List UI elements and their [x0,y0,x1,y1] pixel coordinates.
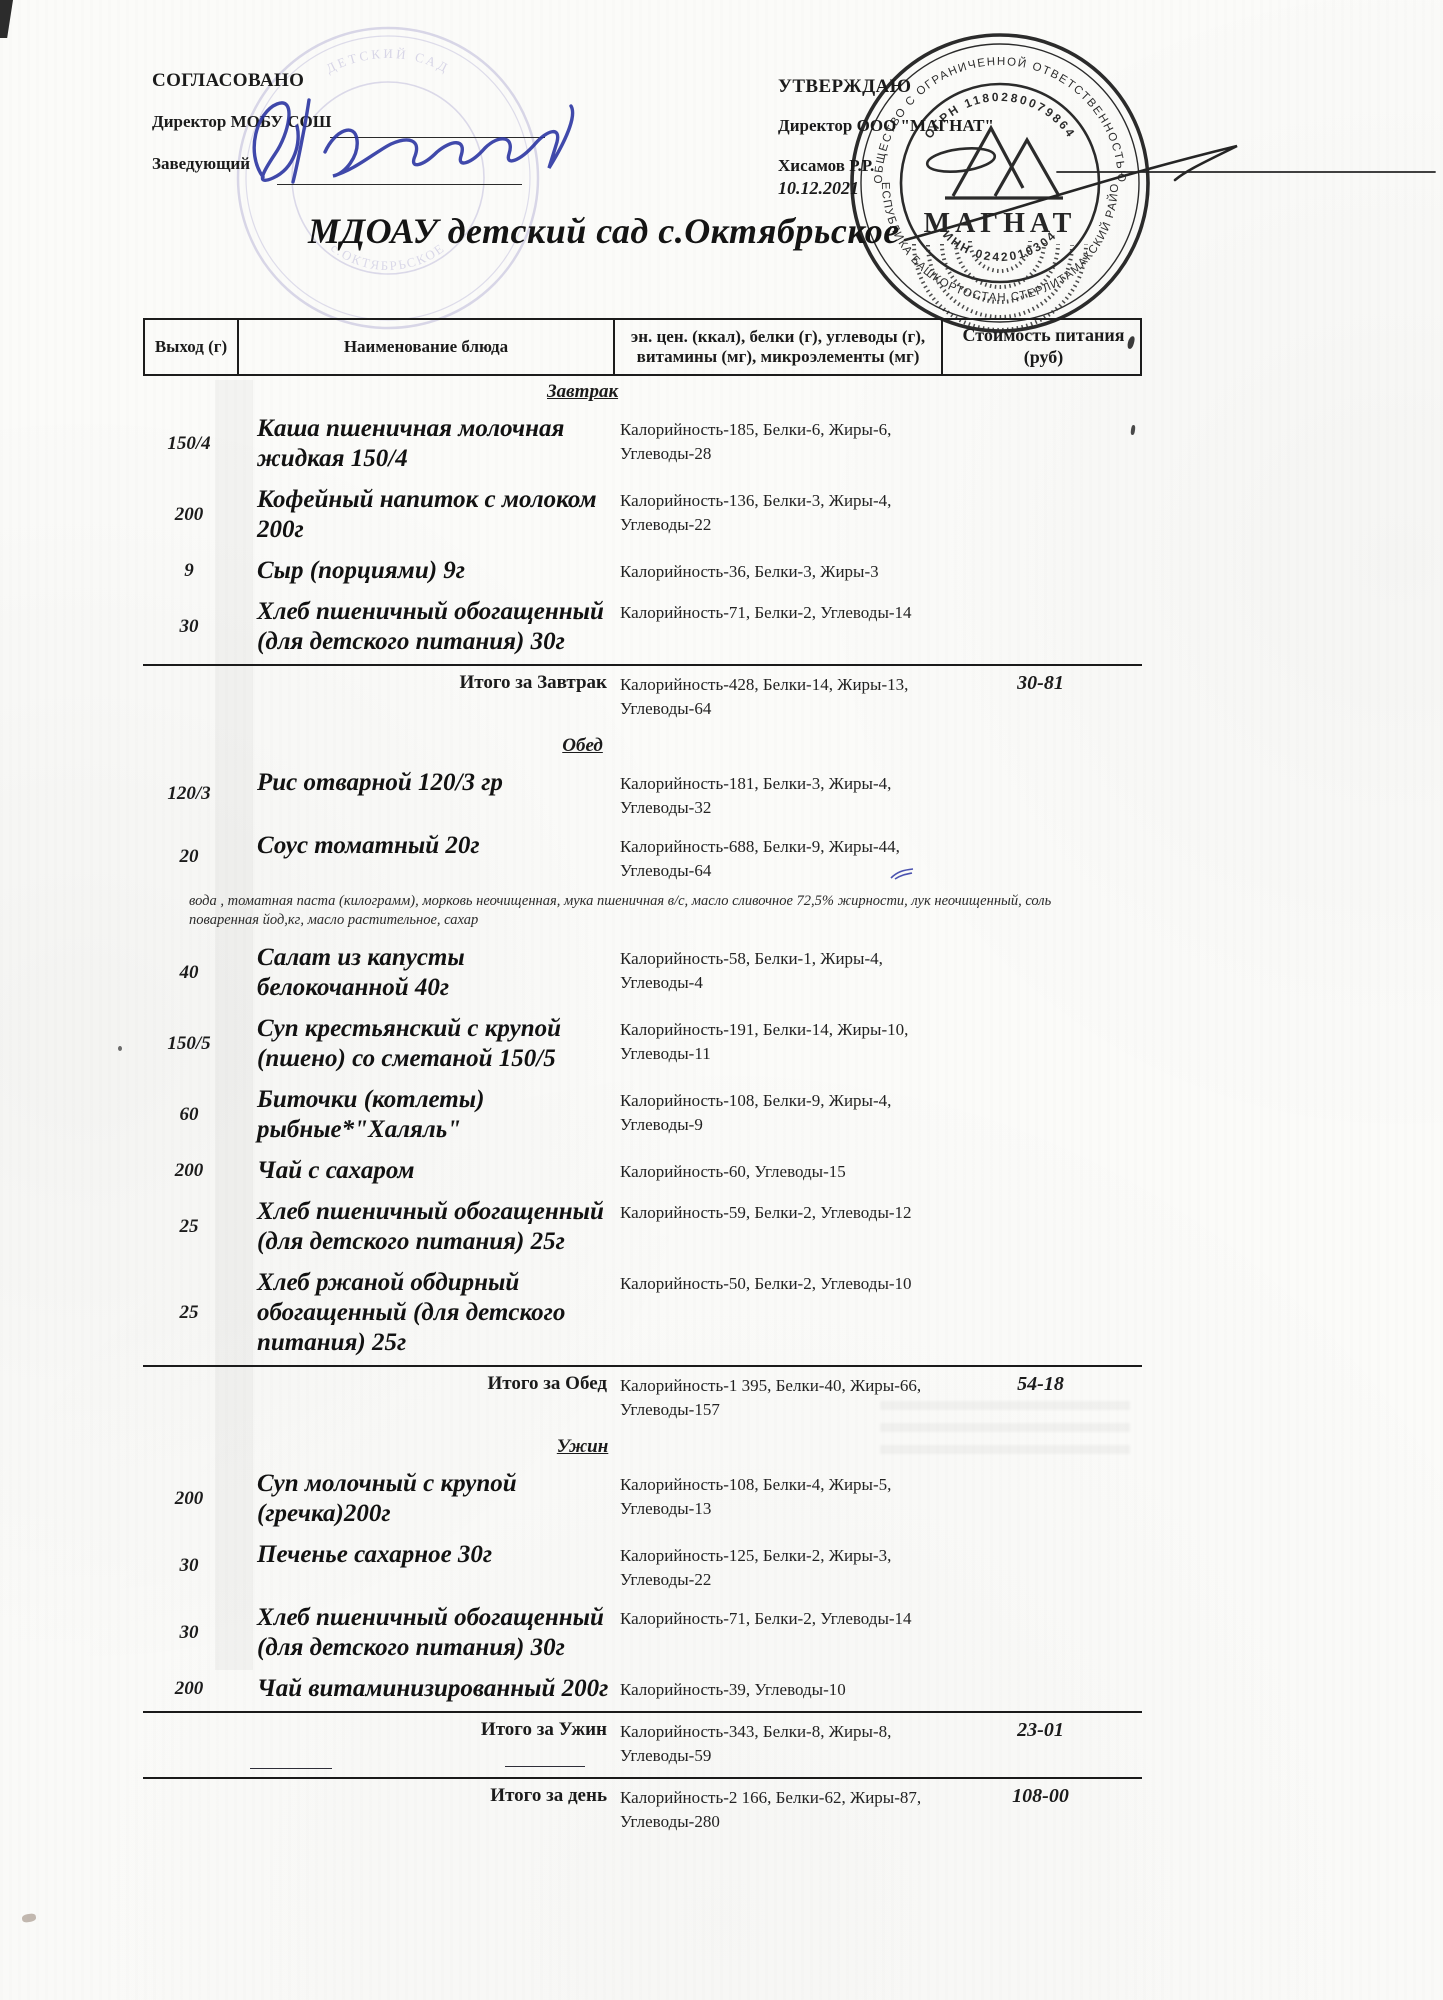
dish-row: 30 Хлеб пшеничный обогащенный (для детск… [143,1599,1142,1670]
dish-name: Хлеб пшеничный обогащенный (для детского… [235,597,611,657]
table-body: Завтрак 150/4 Каша пшеничная молочная жи… [143,376,1142,1843]
dish-output: 120/3 [143,768,235,820]
menu-section: Ужин 200 Суп молочный с крупой (гречка)2… [143,1431,1142,1777]
total-nutrition: Калорийность-428, Белки-14, Жиры-13, Угл… [611,669,939,721]
dish-nutrition: Калорийность-688, Белки-9, Жиры-44, Угле… [611,831,939,883]
dish-cost-empty [939,1674,1142,1704]
handwritten-signature [205,82,605,212]
dish-output: 30 [143,1603,235,1663]
dish-row: 150/5 Суп крестьянский с крупой (пшено) … [143,1010,1142,1081]
dish-output: 60 [143,1085,235,1145]
dish-cost-empty [939,1469,1142,1529]
total-nutrition: Калорийность-343, Белки-8, Жиры-8, Углев… [611,1716,939,1768]
dish-output: 200 [143,485,235,545]
dish-row: 20 Соус томатный 20г Калорийность-688, Б… [143,827,1142,890]
dish-name: Биточки (котлеты) рыбные*"Халяль" [235,1085,611,1145]
dish-cost-empty [939,1197,1142,1257]
dish-row: 200 Чай с сахаром Калорийность-60, Углев… [143,1152,1142,1193]
dish-nutrition: Калорийность-71, Белки-2, Углеводы-14 [611,1603,939,1663]
dish-cost-empty [939,1085,1142,1145]
dish-output: 40 [143,943,235,1003]
dish-row: 9 Сыр (порциями) 9г Калорийность-36, Бел… [143,552,1142,593]
section-rows: 200 Суп молочный с крупой (гречка)200г К… [143,1465,1142,1711]
dish-nutrition: Калорийность-59, Белки-2, Углеводы-12 [611,1197,939,1257]
dish-row: 150/4 Каша пшеничная молочная жидкая 150… [143,410,1142,481]
scan-ink-speck [118,1046,122,1051]
dish-name: Хлеб ржаной обдирный обогащенный (для де… [235,1268,611,1358]
dish-output: 20 [143,831,235,883]
table-header-row: Выход (г) Наименование блюда эн. цен. (к… [143,318,1142,376]
scan-ink-speck [21,1913,36,1923]
dish-name: Рис отварной 120/3 гр [235,768,611,820]
dish-row: 40 Салат из капусты белокочанной 40г Кал… [143,939,1142,1010]
dish-nutrition: Калорийность-108, Белки-9, Жиры-4, Углев… [611,1085,939,1145]
section-title: Ужин [557,1436,608,1458]
dish-cost-empty [939,1268,1142,1358]
header-dish-name: Наименование блюда [237,320,613,374]
dish-cost-empty [939,414,1142,474]
dish-nutrition: Калорийность-108, Белки-4, Жиры-5, Углев… [611,1469,939,1529]
dish-output: 25 [143,1268,235,1358]
total-cost: 23-01 [939,1716,1142,1768]
menu-table: Выход (г) Наименование блюда эн. цен. (к… [143,318,1142,1843]
dish-row: 25 Хлеб пшеничный обогащенный (для детск… [143,1193,1142,1264]
total-cost: 54-18 [939,1370,1142,1422]
header-cost: Стоимость питания (руб) [941,320,1144,374]
dish-cost-empty [939,556,1142,586]
total-label: Итого за Обед [143,1370,611,1422]
dish-nutrition: Калорийность-50, Белки-2, Углеводы-10 [611,1268,939,1358]
dish-output: 25 [143,1197,235,1257]
dish-name: Печенье сахарное 30г [235,1540,611,1592]
dish-nutrition: Калорийность-60, Углеводы-15 [611,1156,939,1186]
dish-output: 150/4 [143,414,235,474]
menu-section: Завтрак 150/4 Каша пшеничная молочная жи… [143,376,1142,730]
dish-row: 200 Суп молочный с крупой (гречка)200г К… [143,1465,1142,1536]
dish-output: 200 [143,1469,235,1529]
total-nutrition: Калорийность-1 395, Белки-40, Жиры-66, У… [611,1370,939,1422]
total-label: Итого за день [143,1782,611,1834]
dish-cost-empty [939,1603,1142,1663]
dish-nutrition: Калорийность-58, Белки-1, Жиры-4, Углево… [611,943,939,1003]
ingredients-note: вода , томатная паста (килограмм), морко… [143,890,1142,939]
dish-row: 120/3 Рис отварной 120/3 гр Калорийность… [143,764,1142,827]
dish-cost-empty [939,597,1142,657]
total-label: Итого за Ужин [143,1716,611,1768]
scan-corner-artifact [0,0,13,38]
dish-row: 25 Хлеб ржаной обдирный обогащенный (для… [143,1264,1142,1365]
dish-cost-empty [939,1540,1142,1592]
dish-row: 30 Печенье сахарное 30г Калорийность-125… [143,1536,1142,1599]
dish-name: Хлеб пшеничный обогащенный (для детского… [235,1197,611,1257]
dish-output: 200 [143,1674,235,1704]
dish-output: 30 [143,597,235,657]
dish-nutrition: Калорийность-181, Белки-3, Жиры-4, Углев… [611,768,939,820]
dish-row: 60 Биточки (котлеты) рыбные*"Халяль" Кал… [143,1081,1142,1152]
dish-cost-empty [939,943,1142,1003]
svg-text:ДЕТСКИЙ САД: ДЕТСКИЙ САД [324,46,453,76]
day-total-row: Итого за день Калорийность-2 166, Белки-… [143,1777,1142,1843]
dish-name: Каша пшеничная молочная жидкая 150/4 [235,414,611,474]
section-header: Обед [143,730,1142,764]
section-header: Завтрак [143,376,1142,410]
total-nutrition: Калорийность-2 166, Белки-62, Жиры-87, У… [611,1782,939,1834]
menu-section: Обед 120/3 Рис отварной 120/3 гр Калорий… [143,730,1142,1431]
magnat-company-stamp: МАГНАТ ОБЩЕСТВО С ОГРАНИЧЕННОЙ ОТВЕТСТВЕ… [845,28,1443,348]
dish-row: 30 Хлеб пшеничный обогащенный (для детск… [143,593,1142,664]
dish-nutrition: Калорийность-136, Белки-3, Жиры-4, Углев… [611,485,939,545]
svg-text:ОБЩЕСТВО С ОГРАНИЧЕННОЙ ОТВЕТС: ОБЩЕСТВО С ОГРАНИЧЕННОЙ ОТВЕТСТВЕННОСТЬЮ [873,56,1127,184]
dish-cost-empty [939,1156,1142,1186]
header-output: Выход (г) [145,320,237,374]
section-total-row: Итого за Обед Калорийность-1 395, Белки-… [143,1365,1142,1431]
dish-name: Сыр (порциями) 9г [235,556,611,586]
dish-name: Суп крестьянский с крупой (пшено) со сме… [235,1014,611,1074]
dish-name: Суп молочный с крупой (гречка)200г [235,1469,611,1529]
section-rows: 150/4 Каша пшеничная молочная жидкая 150… [143,410,1142,664]
total-label: Итого за Завтрак [143,669,611,721]
dish-output: 30 [143,1540,235,1592]
dish-nutrition: Калорийность-125, Белки-2, Жиры-3, Углев… [611,1540,939,1592]
section-rows: 120/3 Рис отварной 120/3 гр Калорийность… [143,764,1142,1365]
dish-name: Чай с сахаром [235,1156,611,1186]
svg-text:ОГРН 1180280079864: ОГРН 1180280079864 [921,90,1078,141]
bottom-signature-line [250,1768,332,1769]
total-cost: 108-00 [939,1782,1142,1834]
dish-name: Кофейный напиток с молоком 200г [235,485,611,545]
dish-output: 200 [143,1156,235,1186]
dish-row: 200 Кофейный напиток с молоком 200г Кало… [143,481,1142,552]
bottom-signature-line [505,1766,585,1767]
document-title: МДОАУ детский сад с.Октябрьское [308,210,1148,252]
header-nutrition: эн. цен. (ккал), белки (г), углеводы (г)… [613,320,941,374]
dish-cost-empty [939,485,1142,545]
dish-nutrition: Калорийность-36, Белки-3, Жиры-3 [611,556,939,586]
section-total-row: Итого за Завтрак Калорийность-428, Белки… [143,664,1142,730]
dish-nutrition: Калорийность-191, Белки-14, Жиры-10, Угл… [611,1014,939,1074]
dish-cost-empty [939,768,1142,820]
dish-row: 200 Чай витаминизированный 200г Калорийн… [143,1670,1142,1711]
dish-name: Соус томатный 20г [235,831,611,883]
section-title: Обед [562,735,603,757]
total-cost: 30-81 [939,669,1142,721]
dish-nutrition: Калорийность-39, Углеводы-10 [611,1674,939,1704]
dish-cost-empty [939,1014,1142,1074]
section-title: Завтрак [547,381,618,403]
dish-name: Хлеб пшеничный обогащенный (для детского… [235,1603,611,1663]
dish-name: Чай витаминизированный 200г [235,1674,611,1704]
scanned-menu-document: ДЕТСКИЙ САД с.ОКТЯБРЬСКОЕ СОГЛАСОВАНО Ди… [0,0,1443,2000]
dish-nutrition: Калорийность-185, Белки-6, Жиры-6, Углев… [611,414,939,474]
dish-output: 9 [143,556,235,586]
dish-name: Салат из капусты белокочанной 40г [235,943,611,1003]
dish-nutrition: Калорийность-71, Белки-2, Углеводы-14 [611,597,939,657]
dish-cost-empty [939,831,1142,883]
section-header: Ужин [143,1431,1142,1465]
dish-output: 150/5 [143,1014,235,1074]
